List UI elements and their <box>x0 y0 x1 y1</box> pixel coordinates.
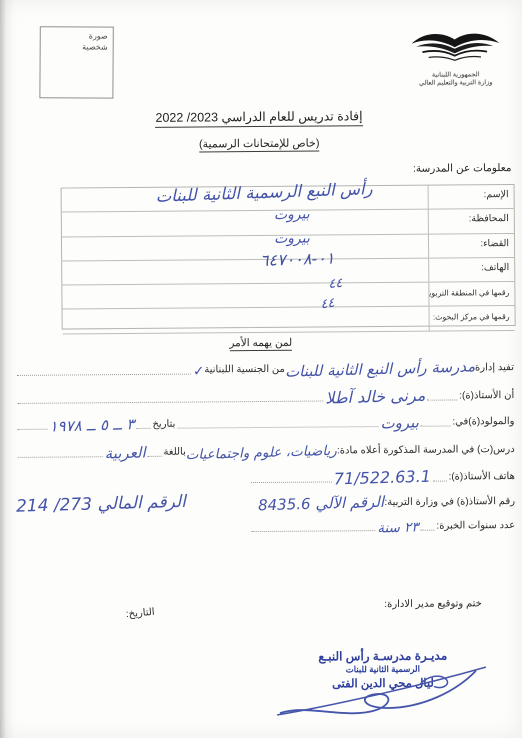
letter-line-teacher-phone: هاتف الأستاذ(ة): 71/522.63.1 <box>249 464 515 485</box>
dotted-leader <box>17 371 191 376</box>
letter-line-experience: عدد سنوات الخبرة: ٢٣ سنة <box>249 516 515 534</box>
handwritten-district-number: ٤٤ <box>328 276 343 292</box>
dotted-leader <box>427 396 457 400</box>
table-row: رقمها في المنطقة التربوية: <box>62 282 514 310</box>
line4-label: درس(ت) في المدرسة المذكورة أعلاه مادة: <box>337 444 515 457</box>
handwritten-subjects: رياضيات، علوم واجتماعيات <box>186 443 338 463</box>
row-label-governorate: المحافظة: <box>428 209 514 233</box>
document-title-years: 2022 /2023 <box>155 110 218 124</box>
row-label-name: الإسم: <box>428 185 514 209</box>
line2-label: أن الأستاذ(ة): <box>459 390 514 402</box>
row-label-research-number: رقمها في مركز البحوث: <box>429 306 515 330</box>
letter-heading: لمن يهمه الأمر <box>0 335 522 353</box>
letter-line-subjects: درس(ت) في المدرسة المذكورة أعلاه مادة: ر… <box>16 438 515 460</box>
document-title-text: إفادة تدريس للعام الدراسي <box>221 109 362 124</box>
spacer <box>186 510 259 511</box>
handwritten-school-name-body: مدرسة رأس النبع الثانية للبنات <box>285 357 476 380</box>
school-info-table: الإسم: المحافظة: القضاء: الهاتف: رقمها ف… <box>61 184 516 330</box>
line3-mid: بتاريخ <box>152 419 175 431</box>
handwritten-district: بيروت <box>212 230 372 247</box>
dotted-leader <box>17 398 323 404</box>
document-content: صورة شخصية الجمهورية اللبنانية وزارة الت… <box>0 0 522 738</box>
document-title: إفادة تدريس للعام الدراسي 2022 /2023 <box>0 107 520 129</box>
handwritten-research-number: ٤٤ <box>319 296 335 313</box>
handwritten-auto-number: الرقم الآلي 8435.6 <box>258 493 384 515</box>
dotted-leader <box>177 423 378 429</box>
handwritten-birth-place: بيروت <box>380 413 419 432</box>
logo-org-line2: وزارة التربية والتعليم العالي <box>396 79 516 88</box>
row-label-phone: الهاتف: <box>428 258 514 282</box>
row-label-district: القضاء: <box>428 234 514 258</box>
ministry-logo: الجمهورية اللبنانية وزارة التربية والتعل… <box>395 26 515 88</box>
line6-label: رقم الأستاذ(ة) في وزارة التربية: <box>384 496 515 509</box>
personal-photo-box: صورة شخصية <box>39 26 113 98</box>
handwritten-financial-number: الرقم المالي 273/ 214 <box>16 492 186 517</box>
letter-line-teacher-name: أن الأستاذ(ة): مرنى خالد آطلا <box>15 383 514 406</box>
handwritten-check-mark: ✓ <box>193 363 205 379</box>
document-subtitle: (خاص للإمتحانات الرسمية) <box>0 135 520 154</box>
handwritten-language: العربية <box>104 443 146 462</box>
line7-label: عدد سنوات الخبرة: <box>436 520 515 533</box>
dotted-leader <box>136 425 150 429</box>
dotted-leader <box>251 478 332 483</box>
handwritten-birth-date: ٣ ــ ٥ ــ ١٩٧٨ <box>49 415 134 435</box>
letter-line-certify: تفيد إدارة مدرسة رأس النبع الثانية للبنا… <box>15 356 514 378</box>
row-value-research-number <box>63 307 429 333</box>
photo-box-caption: صورة شخصية <box>82 31 108 53</box>
line1-prefix: تفيد إدارة <box>475 362 514 374</box>
dotted-leader <box>251 527 375 532</box>
dotted-leader <box>147 453 161 457</box>
stamp-signature-label: ختم وتوقيع مدير الادارة: <box>384 598 482 610</box>
dotted-leader <box>433 478 447 482</box>
row-label-district-number: رقمها في المنطقة التربوية: <box>428 282 514 306</box>
open-book-emblem-icon <box>398 53 514 71</box>
dotted-leader <box>420 423 450 427</box>
dotted-leader <box>420 527 434 531</box>
handwritten-teacher-name: مرنى خالد آطلا <box>325 386 426 408</box>
school-info-heading: معلومات عن المدرسة: <box>413 162 512 175</box>
handwritten-experience-years: ٢٣ سنة <box>377 519 419 536</box>
line5-label: هاتف الأستاذ(ة): <box>449 471 515 484</box>
date-label: التاريخ: <box>126 607 156 620</box>
line4-mid: باللغة <box>163 447 185 459</box>
table-row: رقمها في مركز البحوث: <box>63 306 515 334</box>
line1-suffix: من الجنسية اللبنانية <box>204 364 285 377</box>
row-value-district-number <box>62 283 428 309</box>
photo-box-caption-line2: شخصية <box>82 42 108 53</box>
scanned-document: صورة شخصية الجمهورية اللبنانية وزارة الت… <box>0 0 522 738</box>
line3-label: والمولود(ة)في: <box>452 416 514 428</box>
letter-line-ministry-numbers: رقم الأستاذ(ة) في وزارة التربية: الرقم ا… <box>16 488 515 512</box>
letter-line-birth: والمولود(ة)في: بيروت بتاريخ ٣ ــ ٥ ــ ١٩… <box>15 410 514 432</box>
dotted-leader <box>17 426 47 430</box>
handwritten-teacher-phone: 71/522.63.1 <box>333 467 431 489</box>
dotted-leader <box>18 453 103 458</box>
photo-box-caption-line1: صورة <box>82 31 108 42</box>
